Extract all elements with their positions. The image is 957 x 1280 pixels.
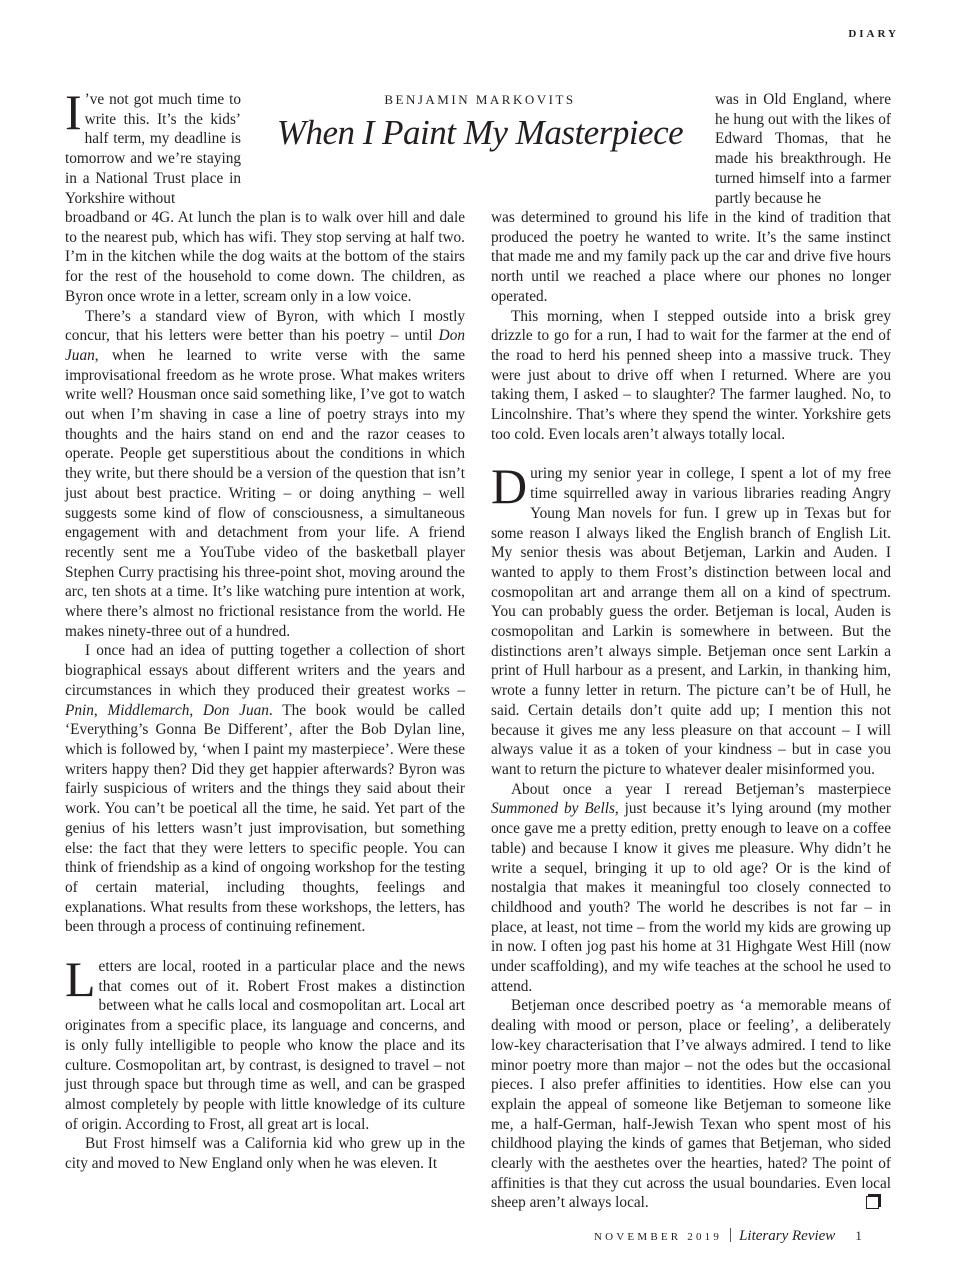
letters-text: etters are local, rooted in a particular… [65,958,465,1133]
paragraph-affinities: Betjeman once described poetry as ‘a mem… [491,996,891,1213]
intro-text: ’ve not got much time to write this. It’… [65,91,241,207]
paragraph-farmer: This morning, when I stepped outside int… [491,307,891,445]
section-label: DIARY [848,28,899,40]
article-title: When I Paint My Masterpiece [270,113,690,153]
paragraph-summoned: About once a year I reread Betjeman’s ma… [491,780,891,997]
left-column: broadband or 4G. At lunch the plan is to… [65,208,465,1174]
paragraph-collection: I once had an idea of putting together a… [65,641,465,937]
page-number: 1 [855,1228,862,1243]
footer-divider [730,1228,731,1242]
dropcap-l: L [65,959,99,999]
byline: BENJAMIN MARKOVITS [280,92,680,108]
intro-continuation: was in Old England, where he hung out wi… [715,90,891,208]
dropcap-d: D [491,466,530,506]
right-column: was determined to ground his life in the… [491,208,891,1213]
section-letters: Letters are local, rooted in a particula… [65,957,465,1134]
paragraph-frost: But Frost himself was a California kid w… [65,1134,465,1173]
college-text: uring my senior year in college, I spent… [491,465,891,778]
magazine-name: Literary Review [739,1228,835,1244]
book-title: Summoned by Bells [491,800,615,817]
section-college: During my senior year in college, I spen… [491,464,891,779]
left-column-intro: I’ve not got much time to write this. It… [65,90,241,208]
end-mark-icon [866,1196,879,1209]
right-column-intro: was in Old England, where he hung out wi… [715,90,891,208]
paragraph: broadband or 4G. At lunch the plan is to… [65,208,465,307]
paragraph: was determined to ground his life in the… [491,208,891,307]
issue-date: NOVEMBER 2019 [594,1231,722,1243]
page-footer: NOVEMBER 2019Literary Review1 [594,1228,862,1245]
paragraph-byron: There’s a standard view of Byron, with w… [65,307,465,642]
dropcap-i: I [65,92,85,132]
